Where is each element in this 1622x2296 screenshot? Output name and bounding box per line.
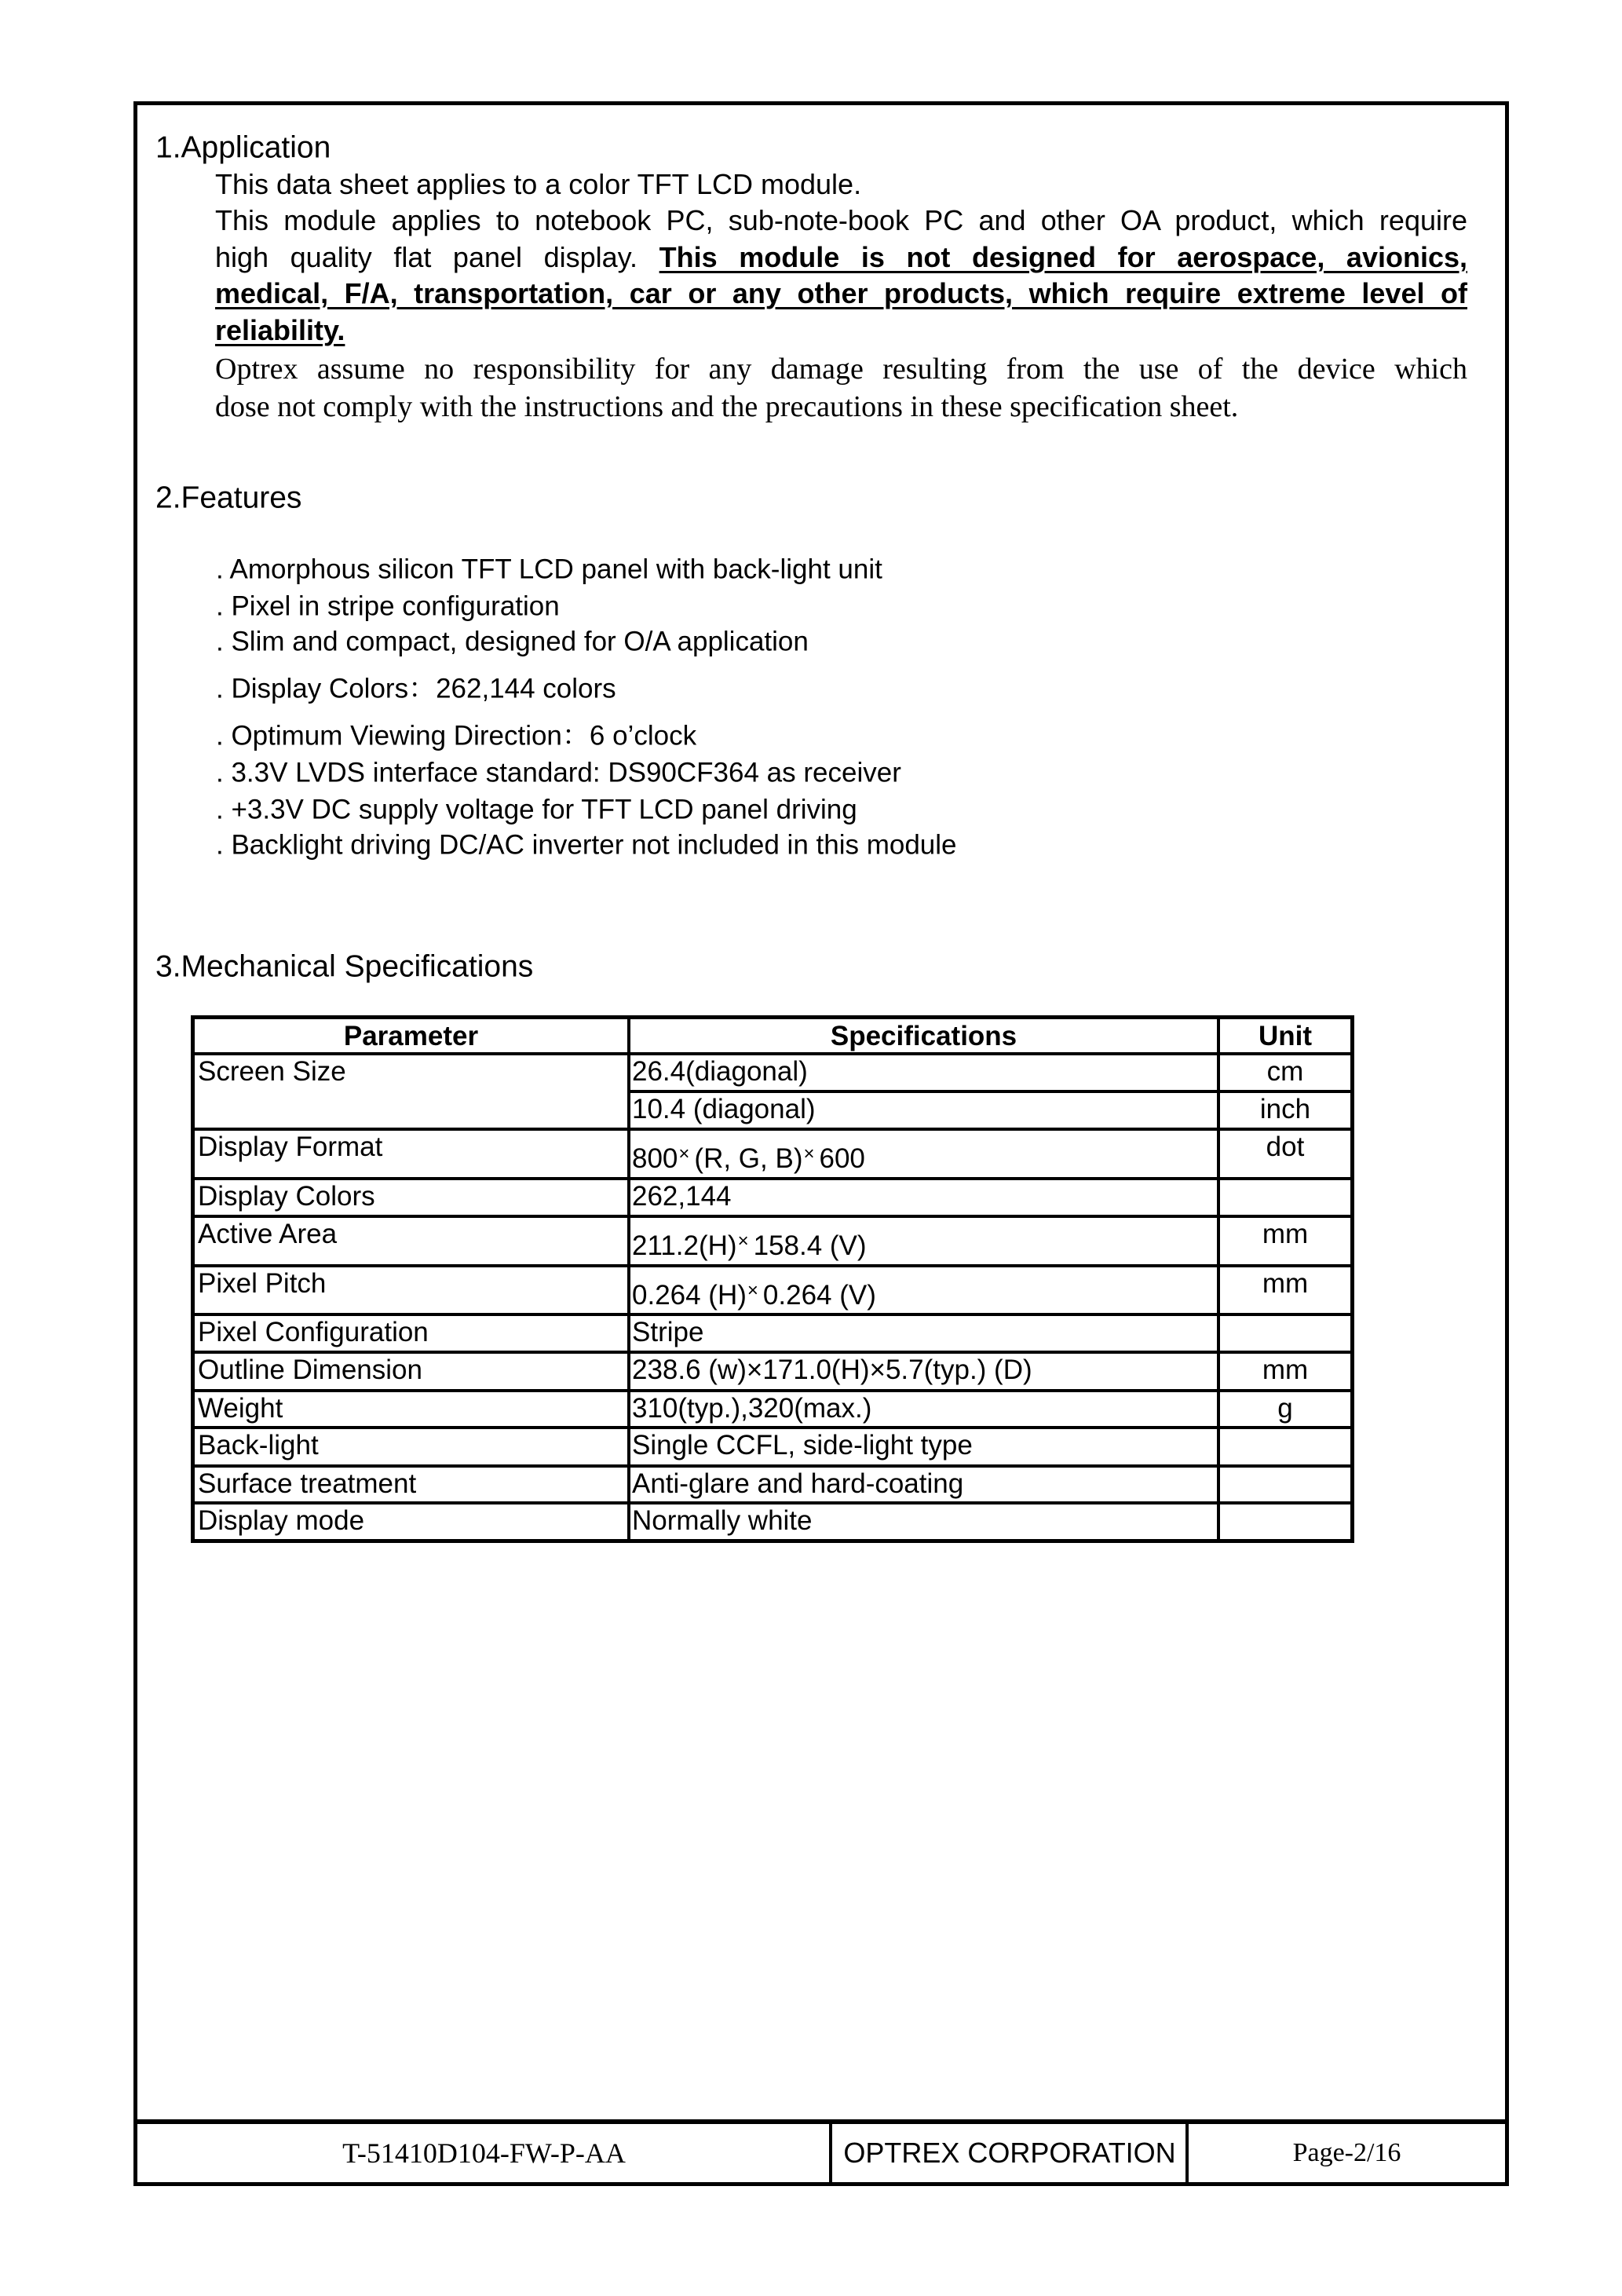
disclaimer-line-2: dose not comply with the instructions an…: [215, 392, 1238, 422]
cell-parameter: Weight: [193, 1391, 630, 1428]
column-header-unit: Unit: [1218, 1018, 1353, 1055]
table-row: Surface treatment Anti-glare and hard-co…: [193, 1466, 1353, 1503]
cell-unit: mm: [1218, 1216, 1353, 1266]
feature-item: . 3.3V LVDS interface standard: DS90CF36…: [216, 759, 901, 787]
cell-unit: [1218, 1466, 1353, 1503]
table-row: Pixel Configuration Stripe: [193, 1314, 1353, 1352]
cell-parameter: Active Area: [193, 1216, 630, 1266]
column-header-parameter: Parameter: [193, 1018, 630, 1055]
cell-unit: cm: [1218, 1054, 1353, 1091]
application-line-2: This module applies to notebook PC, sub-…: [215, 207, 1467, 235]
table-row: Outline Dimension 238.6 (w)×171.0(H)×5.7…: [193, 1352, 1353, 1391]
cell-unit: [1218, 1179, 1353, 1216]
times-symbol: ×: [678, 1143, 689, 1164]
footer-company: OPTREX CORPORATION: [832, 2124, 1187, 2182]
table-row: Weight 310(typ.),320(max.) g: [193, 1391, 1353, 1428]
cell-parameter: Outline Dimension: [193, 1352, 630, 1391]
cell-parameter: Screen Size: [193, 1054, 630, 1129]
cell-spec: 238.6 (w)×171.0(H)×5.7(typ.) (D): [629, 1352, 1218, 1391]
table-row: Pixel Pitch 0.264 (H)×0.264 (V) mm: [193, 1266, 1353, 1314]
feature-item: . Display Colors：262,144 colors: [216, 675, 616, 703]
cell-spec: 26.4(diagonal): [629, 1054, 1218, 1091]
section-heading-mechanical: 3.Mechanical Specifications: [155, 952, 533, 982]
cell-parameter: Display Format: [193, 1129, 630, 1179]
application-warning-middle: medical, F/A, transportation, car or any…: [215, 280, 1467, 308]
table-row: Display Colors 262,144: [193, 1179, 1353, 1216]
section-heading-features: 2.Features: [155, 483, 301, 514]
application-line-3-plain: high quality flat panel display.: [215, 241, 637, 273]
application-warning-end: reliability.: [215, 316, 345, 345]
cell-unit: mm: [1218, 1352, 1353, 1391]
cell-spec: Stripe: [629, 1314, 1218, 1352]
feature-item: . Optimum Viewing Direction：6 o’clock: [216, 722, 696, 750]
cell-parameter: Pixel Pitch: [193, 1266, 630, 1314]
application-warning-start: This module is not designed for aerospac…: [659, 241, 1467, 273]
table-row: Active Area 211.2(H)×158.4 (V) mm: [193, 1216, 1353, 1266]
mechanical-spec-table: Parameter Specifications Unit Screen Siz…: [191, 1015, 1354, 1543]
table-header-row: Parameter Specifications Unit: [193, 1018, 1353, 1055]
cell-spec: Single CCFL, side-light type: [629, 1428, 1218, 1466]
feature-item: . +3.3V DC supply voltage for TFT LCD pa…: [216, 796, 857, 824]
times-symbol: ×: [747, 1280, 758, 1301]
feature-item: . Slim and compact, designed for O/A app…: [216, 628, 809, 656]
feature-item: . Backlight driving DC/AC inverter not i…: [216, 832, 957, 859]
times-symbol: ×: [738, 1230, 749, 1252]
cell-spec: Anti-glare and hard-coating: [629, 1466, 1218, 1503]
application-line-1: This data sheet applies to a color TFT L…: [215, 170, 861, 199]
cell-spec: 800×(R, G, B)×600: [629, 1129, 1218, 1179]
cell-unit: [1218, 1428, 1353, 1466]
cell-unit: inch: [1218, 1091, 1353, 1129]
times-symbol: ×: [803, 1143, 814, 1164]
application-line-3: high quality flat panel display. This mo…: [215, 243, 1467, 272]
cell-spec: 0.264 (H)×0.264 (V): [629, 1266, 1218, 1314]
cell-unit: g: [1218, 1391, 1353, 1428]
feature-item: . Amorphous silicon TFT LCD panel with b…: [216, 556, 882, 583]
cell-unit: dot: [1218, 1129, 1353, 1179]
cell-parameter: Pixel Configuration: [193, 1314, 630, 1352]
footer-page-number: Page-2/16: [1189, 2124, 1505, 2182]
table-row: Screen Size 26.4(diagonal) cm: [193, 1054, 1353, 1091]
cell-spec: 10.4 (diagonal): [629, 1091, 1218, 1129]
column-header-specifications: Specifications: [629, 1018, 1218, 1055]
cell-unit: [1218, 1314, 1353, 1352]
cell-spec: 310(typ.),320(max.): [629, 1391, 1218, 1428]
footer-doc-number: T-51410D104-FW-P-AA: [137, 2124, 831, 2182]
section-heading-application: 1.Application: [155, 133, 331, 163]
cell-spec: Normally white: [629, 1503, 1218, 1541]
cell-parameter: Surface treatment: [193, 1466, 630, 1503]
cell-unit: [1218, 1503, 1353, 1541]
table-row: Display mode Normally white: [193, 1503, 1353, 1541]
cell-spec: 211.2(H)×158.4 (V): [629, 1216, 1218, 1266]
table-row: Display Format 800×(R, G, B)×600 dot: [193, 1129, 1353, 1179]
cell-parameter: Back-light: [193, 1428, 630, 1466]
table-row: Back-light Single CCFL, side-light type: [193, 1428, 1353, 1466]
cell-unit: mm: [1218, 1266, 1353, 1314]
cell-spec: 262,144: [629, 1179, 1218, 1216]
cell-parameter: Display Colors: [193, 1179, 630, 1216]
feature-item: . Pixel in stripe configuration: [216, 593, 560, 620]
cell-parameter: Display mode: [193, 1503, 630, 1541]
disclaimer-line-1: Optrex assume no responsibility for any …: [215, 354, 1467, 384]
